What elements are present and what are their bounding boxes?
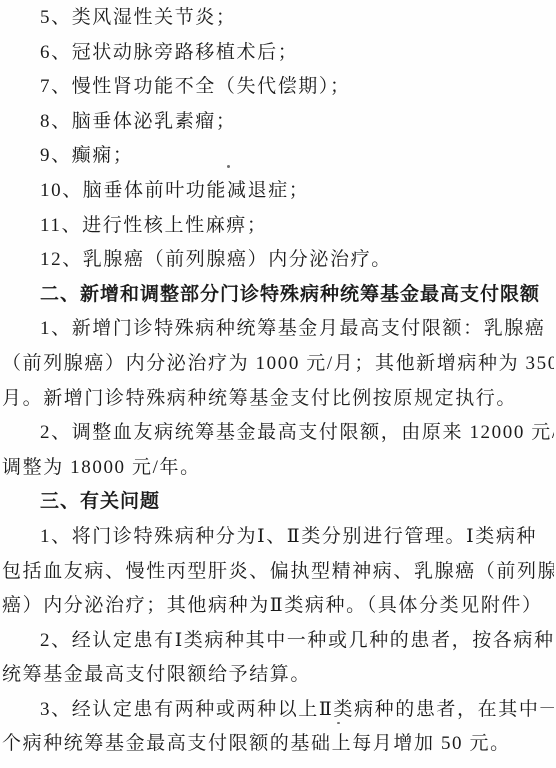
document-line: 2、调整血友病统筹基金最高支付限额，由原来 12000 元/年 <box>2 416 554 451</box>
document-line: 1、将门诊特殊病种分为Ⅰ、Ⅱ类分别进行管理。Ⅰ类病种 <box>2 520 554 555</box>
document-line: 8、脑垂体泌乳素瘤； <box>2 105 554 140</box>
document-line: 10、脑垂体前叶功能减退症； <box>2 174 554 209</box>
document-line: 癌）内分泌治疗；其他病种为Ⅱ类病种。（具体分类见附件） <box>2 589 554 624</box>
scan-speck <box>227 165 230 168</box>
document-body: 5、类风湿性关节炎；6、冠状动脉旁路移植术后；7、慢性肾功能不全（失代偿期）；8… <box>2 1 554 762</box>
document-line: 5、类风湿性关节炎； <box>2 1 554 36</box>
document-line: 3、经认定患有两种或两种以上Ⅱ类病种的患者，在其中一 <box>2 693 554 728</box>
document-line: 调整为 18000 元/年。 <box>2 451 554 486</box>
document-line: 月。新增门诊特殊病种统筹基金支付比例按原规定执行。 <box>2 382 554 417</box>
document-line: 包括血友病、慢性丙型肝炎、偏执型精神病、乳腺癌（前列腺 <box>2 555 554 590</box>
document-line: 1、新增门诊特殊病种统筹基金月最高支付限额：乳腺癌 <box>2 312 554 347</box>
document-line: 个病种统筹基金最高支付限额的基础上每月增加 50 元。 <box>2 727 554 762</box>
document-line: 二、新增和调整部分门诊特殊病种统筹基金最高支付限额 <box>2 278 554 313</box>
document-line: 7、慢性肾功能不全（失代偿期）； <box>2 70 554 105</box>
document-line: 统筹基金最高支付限额给予结算。 <box>2 658 554 693</box>
document-line: 9、癫痫； <box>2 139 554 174</box>
document-line: 2、经认定患有Ⅰ类病种其中一种或几种的患者，按各病种 <box>2 624 554 659</box>
document-line: 三、有关问题 <box>2 485 554 520</box>
document-line: 6、冠状动脉旁路移植术后； <box>2 36 554 71</box>
document-line: 12、乳腺癌（前列腺癌）内分泌治疗。 <box>2 243 554 278</box>
scanned-document-page: 5、类风湿性关节炎；6、冠状动脉旁路移植术后；7、慢性肾功能不全（失代偿期）；8… <box>0 0 556 768</box>
document-line: （前列腺癌）内分泌治疗为 1000 元/月；其他新增病种为 350 元/ <box>2 347 554 382</box>
scan-speck <box>337 722 340 724</box>
document-line: 11、进行性核上性麻痹； <box>2 209 554 244</box>
